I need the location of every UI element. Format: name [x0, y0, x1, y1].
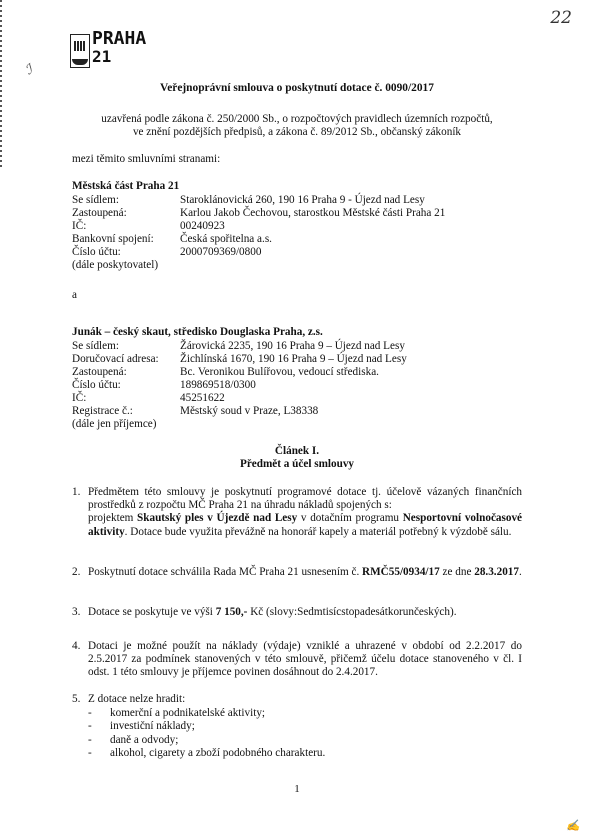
recipient-name: Junák – český skaut, středisko Douglaska… [72, 326, 323, 338]
article-number: Článek I. [0, 445, 594, 457]
clause-text: Z dotace nelze hradit: [88, 693, 522, 706]
clause-text: ze dne [440, 566, 474, 578]
recipient-value: 45251622 [180, 392, 225, 404]
recipient-role: (dále jen příjemce) [72, 418, 156, 430]
recipient-value: Žárovická 2235, 190 16 Praha 9 – Újezd n… [180, 340, 405, 352]
recipient-value: Městský soud v Praze, L38338 [180, 405, 318, 417]
provider-row: Zastoupená:Karlou Jakob Čechovou, staros… [72, 207, 445, 219]
recipient-label: IČ: [72, 392, 180, 404]
provider-label: Se sídlem: [72, 194, 180, 206]
recipient-row: Doručovací adresa:Žichlínská 1670, 190 1… [72, 353, 407, 365]
clause-text: Dotace se poskytuje ve výši [88, 606, 216, 618]
handwritten-margin-mark: ℐ [22, 62, 35, 79]
logo-name: PRAHA [92, 30, 146, 48]
list-item: alkohol, cigarety a zboží podobného char… [88, 747, 325, 760]
recipient-row: IČ:45251622 [72, 392, 225, 404]
recipient-label: Registrace č.: [72, 405, 180, 417]
subtitle-line-1: uzavřená podle zákona č. 250/2000 Sb., o… [0, 113, 594, 125]
praha-21-logo: PRAHA 21 [70, 34, 180, 68]
clause-text: . Dotace bude využita převážně na honorá… [125, 526, 512, 538]
list-item: komerční a podnikatelské aktivity; [88, 707, 325, 720]
recipient-row: Registrace č.:Městský soud v Praze, L383… [72, 405, 318, 417]
clause-text: Poskytnutí dotace schválila Rada MČ Prah… [88, 566, 362, 578]
recipient-label: Doručovací adresa: [72, 353, 180, 365]
provider-label: IČ: [72, 220, 180, 232]
clause-text: . [519, 566, 522, 578]
project-name: Skautský ples v Újezdě nad Lesy [137, 512, 297, 524]
clause-text: Předmětem této smlouvy je poskytnutí pro… [88, 486, 522, 512]
parties-intro: mezi těmito smluvními stranami: [72, 153, 220, 165]
provider-value: 00240923 [180, 220, 225, 232]
clause-text: v dotačním programu [297, 512, 402, 524]
clause-number: 1. [72, 486, 80, 499]
subtitle-line-2: ve znění pozdějších předpisů, a zákona č… [0, 126, 594, 138]
signature-mark: ✍ [566, 819, 580, 832]
article-heading: Předmět a účel smlouvy [0, 458, 594, 470]
clause-4: 4. Dotaci je možné použít na náklady (vý… [72, 640, 522, 680]
provider-label: Bankovní spojení: [72, 233, 180, 245]
provider-value: Karlou Jakob Čechovou, starostkou Městsk… [180, 207, 445, 219]
clause-1: 1. Předmětem této smlouvy je poskytnutí … [72, 486, 522, 539]
clause-5: 5. Z dotace nelze hradit: [72, 693, 522, 706]
coat-of-arms-icon [70, 34, 90, 68]
provider-role: (dále poskytovatel) [72, 259, 158, 271]
provider-value: 2000709369/0800 [180, 246, 261, 258]
resolution-date: 28.3.2017 [474, 566, 519, 578]
resolution-number: RMČ55/0934/17 [362, 566, 440, 578]
provider-label: Číslo účtu: [72, 246, 180, 258]
clause-number: 5. [72, 693, 80, 706]
recipient-label: Se sídlem: [72, 340, 180, 352]
clause-text: Dotaci je možné použít na náklady (výdaj… [88, 640, 522, 680]
recipient-row: Číslo účtu:189869518/0300 [72, 379, 256, 391]
and-connector: a [72, 289, 77, 301]
grant-amount: 7 150,- [216, 606, 248, 618]
page-number: 1 [0, 783, 594, 795]
list-item: daně a odvody; [88, 734, 325, 747]
clause-text: Kč (slovy:Sedmtisícstopadesátkorunčeskýc… [247, 606, 456, 618]
recipient-value: 189869518/0300 [180, 379, 256, 391]
provider-row: Bankovní spojení:Česká spořitelna a.s. [72, 233, 272, 245]
recipient-row: Zastoupená:Bc. Veronikou Bulířovou, vedo… [72, 366, 379, 378]
clause-number: 2. [72, 566, 80, 579]
recipient-value: Žichlínská 1670, 190 16 Praha 9 – Újezd … [180, 353, 407, 365]
recipient-value: Bc. Veronikou Bulířovou, vedoucí středis… [180, 366, 379, 378]
document-title: Veřejnoprávní smlouva o poskytnutí dotac… [0, 82, 594, 94]
provider-name: Městská část Praha 21 [72, 180, 179, 192]
provider-label: Zastoupená: [72, 207, 180, 219]
clause-2: 2. Poskytnutí dotace schválila Rada MČ P… [72, 566, 522, 579]
clause-3: 3. Dotace se poskytuje ve výši 7 150,- K… [72, 606, 522, 619]
list-item: investiční náklady; [88, 720, 325, 733]
recipient-label: Zastoupená: [72, 366, 180, 378]
clause-number: 3. [72, 606, 80, 619]
logo-number: 21 [92, 49, 111, 65]
clause-text: projektem [88, 512, 137, 524]
recipient-label: Číslo účtu: [72, 379, 180, 391]
clause-number: 4. [72, 640, 80, 653]
recipient-row: Se sídlem:Žárovická 2235, 190 16 Praha 9… [72, 340, 405, 352]
handwritten-page-number: 22 [550, 8, 572, 28]
provider-value: Staroklánovická 260, 190 16 Praha 9 - Új… [180, 194, 425, 206]
provider-row: IČ:00240923 [72, 220, 225, 232]
excluded-costs-list: komerční a podnikatelské aktivity; inves… [88, 707, 325, 761]
provider-row: Číslo účtu:2000709369/0800 [72, 246, 261, 258]
provider-value: Česká spořitelna a.s. [180, 233, 272, 245]
provider-row: Se sídlem:Staroklánovická 260, 190 16 Pr… [72, 194, 425, 206]
